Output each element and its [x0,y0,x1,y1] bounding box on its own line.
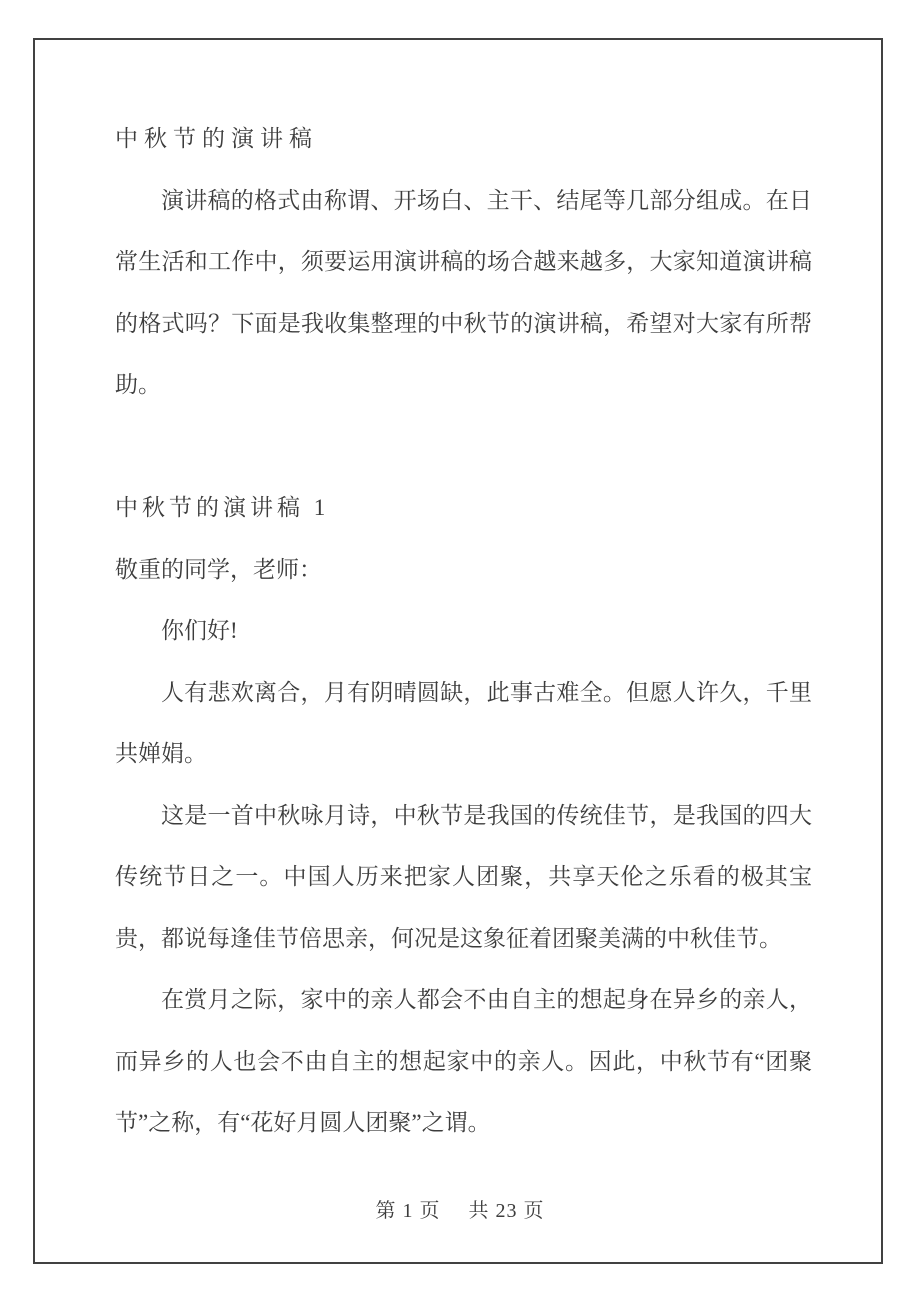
body-paragraph: 这是一首中秋咏月诗，中秋节是我国的传统佳节，是我国的四大传统节日之一。中国人历来… [115,785,812,970]
page-footer: 第 1 页 共 23 页 [0,1194,920,1223]
document-page: 中秋节的演讲稿 演讲稿的格式由称谓、开场白、主干、结尾等几部分组成。在日常生活和… [0,0,920,1302]
document-body: 中秋节的演讲稿 演讲稿的格式由称谓、开场白、主干、结尾等几部分组成。在日常生活和… [115,108,812,1154]
footer-page-total: 共 23 页 [469,1200,545,1222]
greeting-line: 你们好! [115,600,812,662]
document-title: 中秋节的演讲稿 [115,108,812,170]
body-paragraph: 人有悲欢离合，月有阴晴圆缺，此事古难全。但愿人许久，千里共婵娟。 [115,662,812,785]
intro-paragraph: 演讲稿的格式由称谓、开场白、主干、结尾等几部分组成。在日常生活和工作中，须要运用… [115,170,812,416]
section-heading: 中秋节的演讲稿 1 [115,477,812,539]
salutation-line: 敬重的同学，老师： [115,539,812,601]
footer-page-number: 第 1 页 [376,1200,441,1222]
body-paragraph: 在赏月之际，家中的亲人都会不由自主的想起身在异乡的亲人，而异乡的人也会不由自主的… [115,969,812,1154]
